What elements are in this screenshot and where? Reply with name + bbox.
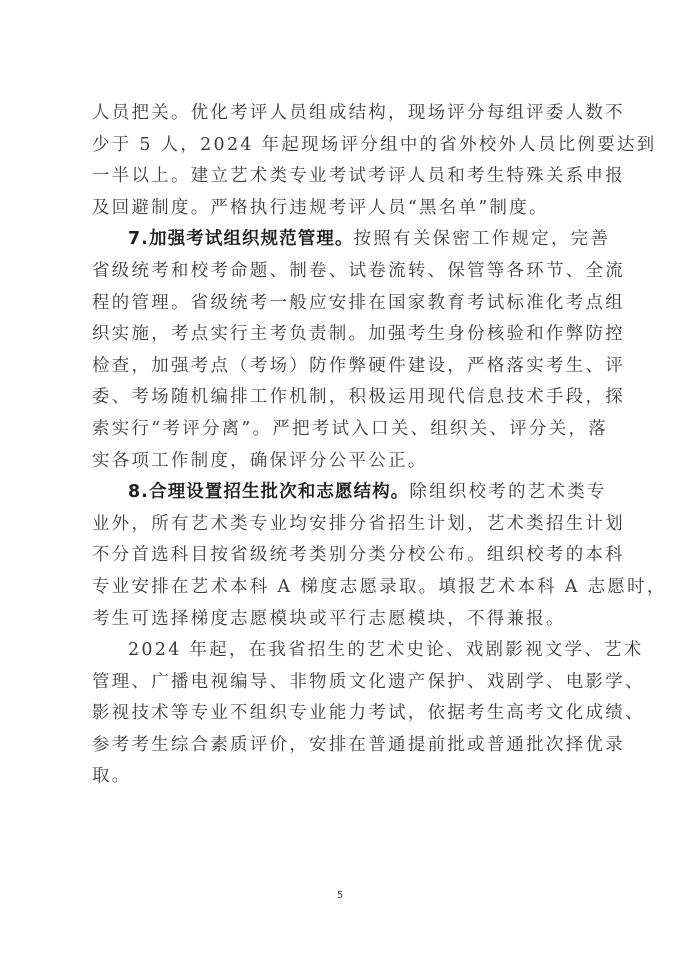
text-line: 取。: [92, 761, 590, 793]
text-span: 按照有关保密工作规定，完善: [354, 229, 611, 249]
paragraph-item-7: 7.加强考试组织规范管理。按照有关保密工作规定，完善 省级统考和校考命题、制卷、…: [92, 224, 590, 477]
text-line: 织实施，考点实行主考负责制。加强考生身份核验和作弊防控: [92, 319, 590, 351]
section-heading-8: 8.合理设置招生批次和志愿结构。: [128, 482, 409, 502]
text-line: 7.加强考试组织规范管理。按照有关保密工作规定，完善: [92, 224, 590, 256]
paragraph-item-8: 8.合理设置招生批次和志愿结构。除组织校考的艺术类专 业外，所有艺术类专业均安排…: [92, 477, 590, 635]
text-line: 考生可选择梯度志愿模块或平行志愿模块，不得兼报。: [92, 604, 590, 636]
section-heading-7: 7.加强考试组织规范管理。: [128, 229, 354, 249]
paragraph-1: 人员把关。优化考评人员组成结构，现场评分每组评委人数不 少于 5 人，2024 …: [92, 98, 590, 224]
text-line: 不分首选科目按省级统考类别分类分校公布。组织校考的本科: [92, 540, 590, 572]
text-line: 人员把关。优化考评人员组成结构，现场评分每组评委人数不: [92, 98, 590, 130]
text-line: 一半以上。建立艺术类专业考试考评人员和考生特殊关系申报: [92, 161, 590, 193]
text-line: 业外，所有艺术类专业均安排分省招生计划，艺术类招生计划: [92, 509, 590, 541]
text-line: 程的管理。省级统考一般应安排在国家教育考试标准化考点组: [92, 288, 590, 320]
text-line: 省级统考和校考命题、制卷、试卷流转、保管等各环节、全流: [92, 256, 590, 288]
text-line: 委、考场随机编排工作机制，积极运用现代信息技术手段，探: [92, 382, 590, 414]
text-line: 及回避制度。严格执行违规考评人员“黑名单”制度。: [92, 193, 590, 225]
paragraph-2024: 2024 年起，在我省招生的艺术史论、戏剧影视文学、艺术 管理、广播电视编导、非…: [92, 635, 590, 793]
text-line: 2024 年起，在我省招生的艺术史论、戏剧影视文学、艺术: [92, 635, 590, 667]
text-line: 索实行“考评分离”。严把考试入口关、组织关、评分关，落: [92, 414, 590, 446]
document-page: 人员把关。优化考评人员组成结构，现场评分每组评委人数不 少于 5 人，2024 …: [92, 98, 590, 793]
text-line: 参考考生综合素质评价，安排在普通提前批或普通批次择优录: [92, 730, 590, 762]
text-span: 除组织校考的艺术类专: [409, 482, 606, 502]
text-line: 影视技术等专业不组织专业能力考试，依据考生高考文化成绩、: [92, 698, 590, 730]
text-line: 检查，加强考点（考场）防作弊硬件建设，严格落实考生、评: [92, 351, 590, 383]
text-line: 专业安排在艺术本科 A 梯度志愿录取。填报艺术本科 A 志愿时，: [92, 572, 590, 604]
text-line: 实各项工作制度，确保评分公平公正。: [92, 446, 590, 478]
page-number: 5: [0, 890, 680, 901]
text-line: 8.合理设置招生批次和志愿结构。除组织校考的艺术类专: [92, 477, 590, 509]
text-line: 少于 5 人，2024 年起现场评分组中的省外校外人员比例要达到: [92, 130, 590, 162]
text-line: 管理、广播电视编导、非物质文化遗产保护、戏剧学、电影学、: [92, 667, 590, 699]
